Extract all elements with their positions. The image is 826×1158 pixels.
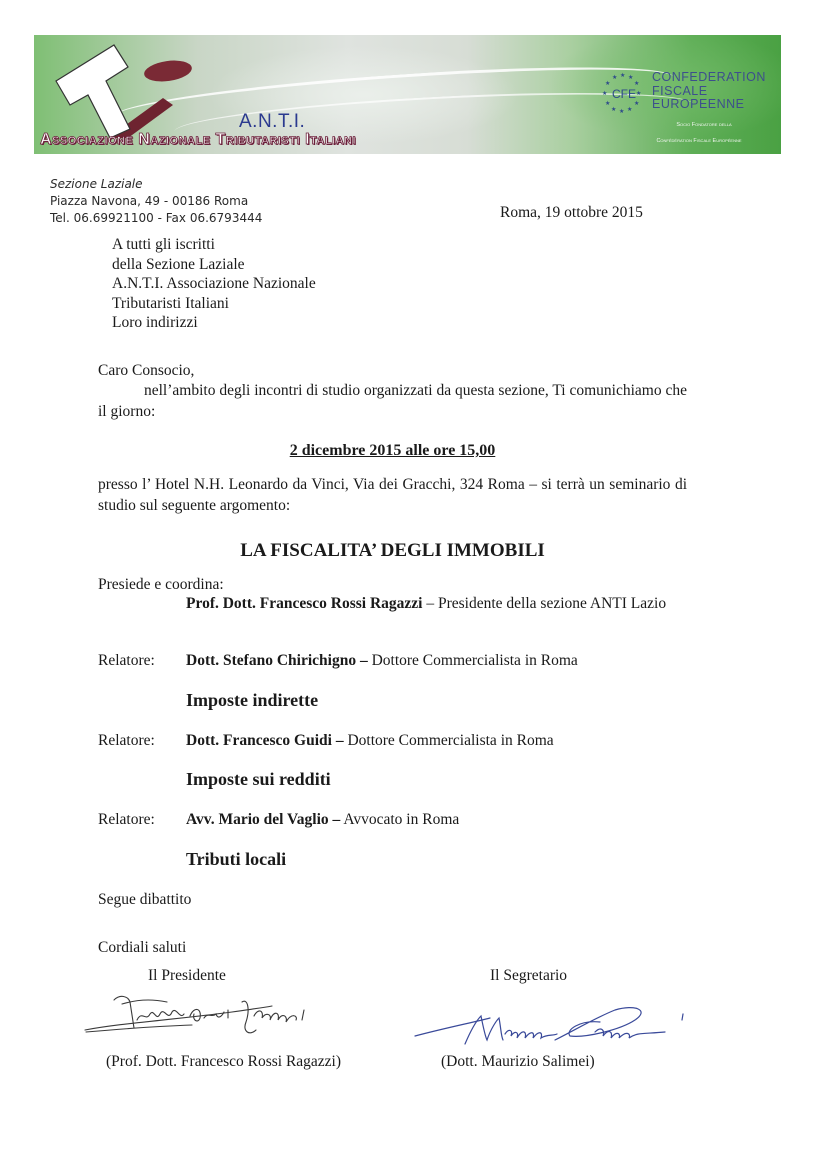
svg-text:★: ★ <box>602 90 607 97</box>
secretary-signature-icon <box>405 1000 695 1050</box>
speaker-name: Avv. Mario del Vaglio – <box>186 811 340 828</box>
president-title: Il Presidente <box>148 967 226 985</box>
anti-logo-icon <box>48 43 198 138</box>
anti-fullname: Associazione Nazionale Tributaristi Ital… <box>40 131 356 149</box>
svg-text:★: ★ <box>628 74 633 81</box>
greeting: Caro Consocio, <box>98 360 194 381</box>
letterhead-banner: A.N.T.I. Associazione Nazionale Tributar… <box>34 35 781 154</box>
speaker-description: Dott. Stefano Chirichigno – Dottore Comm… <box>186 652 578 670</box>
recipient-line: Loro indirizzi <box>112 314 198 332</box>
cfe-founder-line: Confédération Fiscale Européenne <box>624 138 774 144</box>
president-signature-icon <box>82 990 342 1040</box>
svg-text:★: ★ <box>620 72 625 79</box>
chair-description: Prof. Dott. Francesco Rossi Ragazzi – Pr… <box>186 593 687 614</box>
recipient-line: A tutti gli iscritti <box>112 236 215 254</box>
speaker-description: Avv. Mario del Vaglio – Avvocato in Roma <box>186 811 459 829</box>
sender-section: Sezione Laziale <box>50 177 143 191</box>
speaker-label: Relatore: <box>98 732 155 750</box>
secretary-name: (Dott. Maurizio Salimei) <box>441 1053 595 1071</box>
svg-text:★: ★ <box>611 106 616 113</box>
speaker-role: Avvocato in Roma <box>340 811 459 828</box>
anti-acronym: A.N.T.I. <box>239 111 305 133</box>
speaker-topic: Imposte sui redditi <box>186 769 331 790</box>
intro-paragraph: nell’ambito degli incontri di studio org… <box>98 380 687 422</box>
svg-text:★: ★ <box>634 80 639 87</box>
svg-text:★: ★ <box>612 74 617 81</box>
secretary-title: Il Segretario <box>490 967 567 985</box>
svg-text:★: ★ <box>627 106 632 113</box>
cfe-founder-line: Socio Fondatore della <box>648 122 760 128</box>
speaker-description: Dott. Francesco Guidi – Dottore Commerci… <box>186 732 554 750</box>
svg-text:★: ★ <box>605 100 610 107</box>
letter-date: Roma, 19 ottobre 2015 <box>500 204 643 222</box>
seminar-title: LA FISCALITA’ DEGLI IMMOBILI <box>98 540 687 562</box>
cfe-stars-emblem-icon: ★★★ ★★★ ★★★ ★★★ CFE <box>599 70 649 116</box>
recipient-line: A.N.T.I. Associazione Nazionale <box>112 275 316 293</box>
speaker-label: Relatore: <box>98 811 155 829</box>
recipient-line: della Sezione Laziale <box>112 256 245 274</box>
closing-regards: Cordiali saluti <box>98 939 186 957</box>
svg-text:CFE: CFE <box>612 87 636 101</box>
closing-debate: Segue dibattito <box>98 891 191 909</box>
svg-text:★: ★ <box>634 100 639 107</box>
event-datetime: 2 dicembre 2015 alle ore 15,00 <box>98 440 687 461</box>
sender-address: Piazza Navona, 49 - 00186 Roma <box>50 194 248 208</box>
svg-text:★: ★ <box>605 80 610 87</box>
venue-paragraph: presso l’ Hotel N.H. Leonardo da Vinci, … <box>98 474 687 516</box>
svg-text:★: ★ <box>636 90 641 97</box>
sender-phone-fax: Tel. 06.69921100 - Fax 06.6793444 <box>50 211 262 225</box>
chair-name: Prof. Dott. Francesco Rossi Ragazzi <box>186 595 422 612</box>
chair-role: – Presidente della sezione ANTI Lazio <box>422 595 666 612</box>
president-name: (Prof. Dott. Francesco Rossi Ragazzi) <box>106 1053 341 1071</box>
speaker-label: Relatore: <box>98 652 155 670</box>
speaker-name: Dott. Francesco Guidi – <box>186 732 344 749</box>
recipient-line: Tributaristi Italiani <box>112 295 229 313</box>
svg-text:★: ★ <box>619 108 624 115</box>
chair-label: Presiede e coordina: <box>98 576 224 594</box>
cfe-name: CONFEDERATION FISCALE EUROPEENNE <box>652 71 766 112</box>
speaker-name: Dott. Stefano Chirichigno – <box>186 652 368 669</box>
speaker-topic: Tributi locali <box>186 849 286 870</box>
speaker-role: Dottore Commercialista in Roma <box>368 652 578 669</box>
speaker-role: Dottore Commercialista in Roma <box>344 732 554 749</box>
speaker-topic: Imposte indirette <box>186 690 318 711</box>
